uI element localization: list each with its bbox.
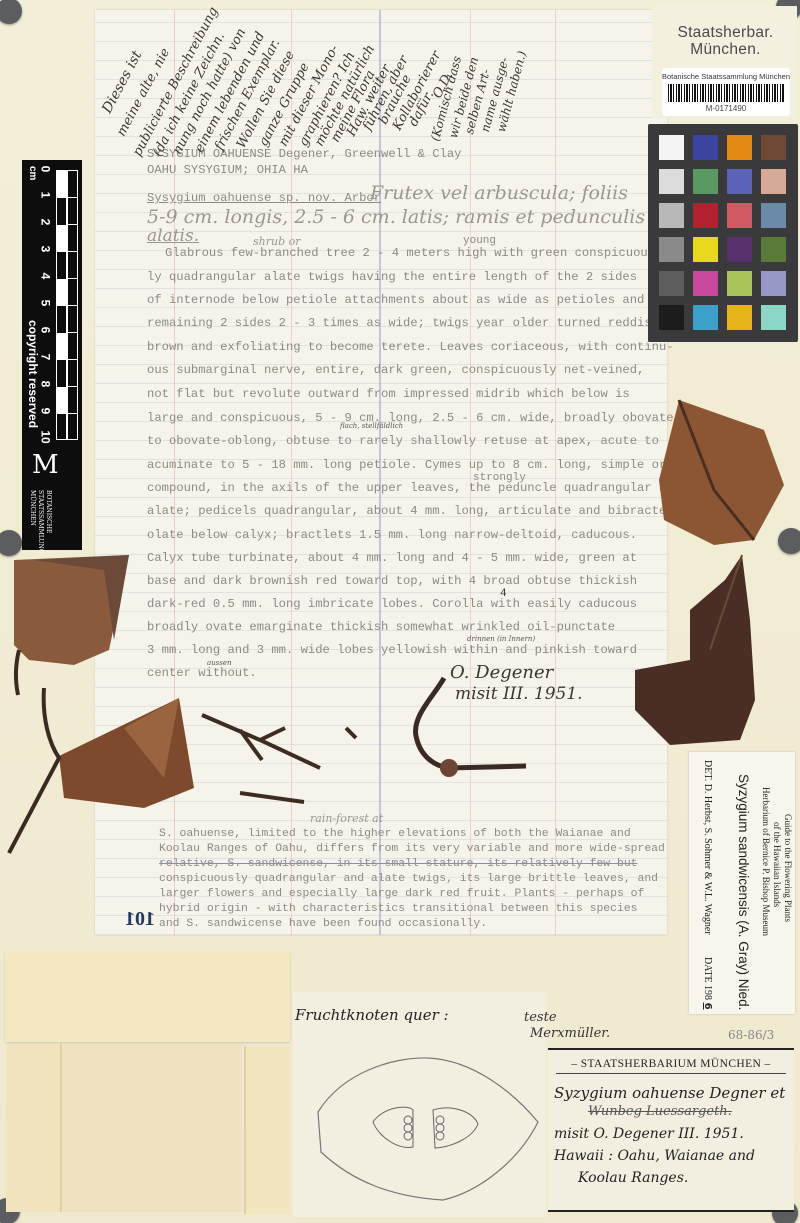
color-calibration-chart [648,124,798,342]
specimen-twig-fragment [238,788,308,808]
insert-rain-forest: rain-forest at [310,812,383,825]
mounting-pin [0,0,22,24]
description-line: Glabrous few-branched tree 2 - 4 meters … [165,246,662,260]
barcode-icon [668,84,784,102]
teste-line: teste [524,1010,557,1025]
description-line: compound, in the axils of the upper leav… [147,481,681,495]
ruler-tick: 7 [38,354,52,361]
insert-drinnen: drinnen (in Innern) [467,635,535,643]
color-chip [659,135,684,160]
description-line: ly quadrangular alate twigs having the e… [147,270,637,284]
description-line: to obovate-oblong, obtuse to rarely shal… [147,434,659,448]
institution-header-label: Staatsherbar. München. Botanische Staats… [652,6,797,118]
color-chip [727,203,752,228]
specimen-leaf-left-upper [4,550,136,700]
barcode-institution: Botanische Staatssammlung München [662,72,790,81]
notes-line: larger flowers and especially large dark… [159,888,644,900]
ruler-tick: 6 [38,327,52,334]
specimen-twig-fragment [344,726,360,742]
color-chip [761,169,786,194]
notes-line: S. oahuense, limited to the higher eleva… [159,828,631,840]
description-line: 3 mm. long and 3 mm. wide lobes yellowis… [147,643,637,657]
ruler-institution: BOTANISCHE STAATSSAMMLUNG MÜNCHEN [28,490,52,554]
ruler-copyright: copyright reserved [26,320,40,428]
ovary-outline-icon [313,1052,543,1202]
latin-diagnosis-line: alatis. [147,226,199,246]
description-line: ous submarginal nerve, entire, dark gree… [147,363,644,377]
color-chip [659,203,684,228]
color-chip [659,305,684,330]
ruler-tick: 5 [38,300,52,307]
herbarium-sheet: SYSYGIUM OAHUENSE Degener, Greenwell & C… [0,0,800,1223]
description-line: remaining 2 sides 2 - 3 times as wide; t… [147,316,659,330]
description-line: large and conspicuous, 5 - 9 cm. long, 2… [147,411,674,425]
color-chip [693,169,718,194]
latin-diagnosis-line: Frutex vel arbuscula; foliis [370,182,628,204]
packet-side-left [6,1044,62,1212]
notes-line: relative, S. sandwicense, in its small s… [159,858,638,870]
insert-strongly: strongly [473,472,526,484]
title-line-2: München. [658,41,793,58]
color-chip [727,237,752,262]
description-line: dark-red 0.5 mm. long imbricate lobes. C… [147,597,637,611]
guide-line: of the Hawaiian Islands [772,822,782,907]
staatsherbarium-label: – STAATSHERBARIUM MÜNCHEN – Syzygium oah… [548,1048,794,1212]
determiners: DET. D. Herbst, S. Sohmer & W.L. Wagner [702,760,713,935]
ruler-tick: 0 [38,166,52,173]
label-line: misit O. Degener III. 1951. [554,1126,744,1142]
barcode-label: Botanische Staatssammlung München M-0171… [662,68,790,116]
date-label: DATE 198 [702,957,713,1000]
color-chip [693,203,718,228]
notes-line: and S. sandwicense have been found occas… [159,918,487,930]
color-chip [693,135,718,160]
description-line: acuminate to 5 - 18 mm. long petiole. Cy… [147,458,666,472]
specimen-twig-small [200,710,325,770]
heading-common-name: OAHU SYSYGIUM; OHIA HA [147,163,308,177]
ruler-tick: 8 [38,381,52,388]
insert-aussen: aussen [207,659,232,667]
notes-line: hybrid origin - with characteristics tra… [159,903,638,915]
ruler-tick: 9 [38,408,52,415]
color-chip [659,169,684,194]
color-chip [693,305,718,330]
scale-ruler: cm 0 1 2 3 4 5 6 7 8 9 10 copyright rese… [22,160,82,550]
specimen-twig-branch [404,676,528,786]
description-line: center without. [147,666,257,680]
description-line: Calyx tube turbinate, about 4 mm. long a… [147,551,637,565]
color-chip [727,305,752,330]
barcode-id: M-0171490 [662,104,790,113]
determination-label: Guide to the Flowering Plants of the Haw… [689,752,795,1014]
description-line: alate; pedicels quadrangular, about 4 mm… [147,504,674,518]
packet-side-right [244,1046,290,1214]
ruler-tick: 1 [38,192,52,199]
sheet-number-stamp: 101 [125,908,155,931]
date-value: 6 [702,1003,713,1010]
ruler-tick: 3 [38,246,52,253]
fragment-packet[interactable] [0,948,292,1216]
label-line: Hawaii : Oahu, Waianae and [554,1148,755,1164]
specimen-leaf-right-lower [630,550,762,750]
determined-species-name: Syzygium sandwicensis (A. Gray) Nied. [736,774,751,1010]
insert-four: 4 [500,588,507,600]
color-chip [693,271,718,296]
label-line: Wunbeg Luessargeth. [588,1104,732,1119]
guide-line: Guide to the Flowering Plants [783,814,793,922]
institution-title: Staatsherbar. München. [658,24,793,58]
color-chip [693,237,718,262]
ruler-tick: 2 [38,219,52,226]
ruler-tick: 10 [39,430,53,443]
packet-flap[interactable] [5,952,290,1042]
color-chip [761,237,786,262]
ruler-tick: 4 [38,273,52,280]
color-chip [761,271,786,296]
color-chip [761,305,786,330]
color-chip [659,271,684,296]
description-line: of internode below petiole attachments a… [147,293,674,307]
ovary-cross-section-drawing: Fruchtknoten quer : [293,992,546,1217]
notes-line: conspicuously quadrangular and alate twi… [159,873,658,885]
insert-flach: flach, stellfäldlich [340,422,403,430]
label-line: Syzygium oahuense Degner et [554,1084,785,1102]
description-line: brown and exfoliating to become terete. … [147,340,674,354]
ruler-scale-bars [56,170,80,440]
label-header: – STAATSHERBARIUM MÜNCHEN – [556,1058,786,1074]
description-line: olate below calyx; bractlets 1.5 mm. lon… [147,528,637,542]
description-line: not flat but revolute outward from impre… [147,387,630,401]
teste-signature: Merxmüller. [530,1026,610,1041]
color-chip [761,135,786,160]
color-chip [761,203,786,228]
determination-date: DATE 198 6 [702,957,713,1010]
color-chip [727,169,752,194]
notes-line: Koolau Ranges of Oahu, differs from its … [159,843,665,855]
drawing-caption: Fruchtknoten quer : [295,1006,449,1024]
color-chip [727,135,752,160]
institution-logo-icon: M [32,450,59,480]
color-chip [659,237,684,262]
accession-number: 68-86/3 [728,1028,774,1042]
color-chip [727,271,752,296]
guide-line: Herbarium of Bernice P. Bishop Museum [761,787,771,936]
species-line: Sysygium oahuense sp. nov. Arbor [147,191,381,205]
ruler-unit: cm [27,166,38,180]
label-line: Koolau Ranges. [578,1170,688,1186]
specimen-leaf-left-lower [4,688,196,858]
latin-diagnosis-line: 5-9 cm. longis, 2.5 - 6 cm. latis; ramis… [147,206,645,228]
description-line: base and dark brownish red toward top, w… [147,574,637,588]
specimen-leaf-right-upper [654,390,788,545]
handwritten-note-degener: Dieses ist meine alte, nie publicierte B… [100,14,520,154]
title-line-1: Staatsherbar. [658,24,793,41]
packet-body [62,1044,242,1212]
description-line: broadly ovate emarginate thickish somewh… [147,620,615,634]
